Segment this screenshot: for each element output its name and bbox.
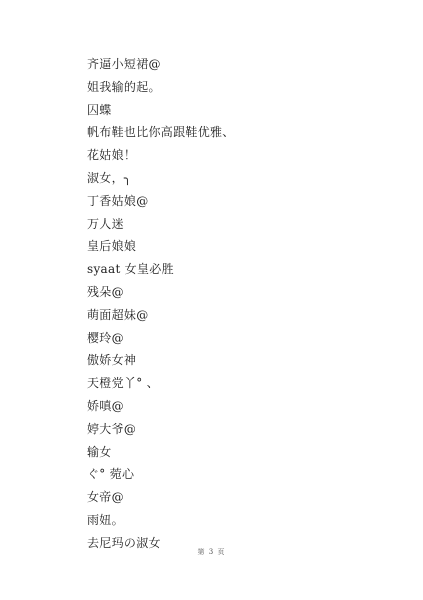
list-item: 天橙党丫° 、	[87, 374, 235, 397]
list-item: 丁香姑娘@	[87, 192, 235, 215]
list-item: 残朵@	[87, 283, 235, 306]
list-item: 帆布鞋也比你高跟鞋优雅、	[87, 123, 235, 146]
page-number: 第 3 页	[0, 547, 423, 557]
document-page: 齐逼小短裙@ 姐我输的起。 囚蝶 帆布鞋也比你高跟鞋优雅、 花姑娘！ 淑女，╮ …	[0, 0, 423, 600]
nickname-list: 齐逼小短裙@ 姐我输的起。 囚蝶 帆布鞋也比你高跟鞋优雅、 花姑娘！ 淑女，╮ …	[87, 55, 235, 557]
list-item: syaat 女皇必胜	[87, 260, 235, 283]
list-item: 雨妞。	[87, 511, 235, 534]
list-item: 傲娇女神	[87, 351, 235, 374]
list-item: 姐我输的起。	[87, 78, 235, 101]
list-item: 樱玲@	[87, 329, 235, 352]
list-item: 萌面超妹@	[87, 306, 235, 329]
list-item: 皇后娘娘	[87, 237, 235, 260]
list-item: ぐ° 菀心	[87, 465, 235, 488]
list-item: 花姑娘！	[87, 146, 235, 169]
list-item: 娇嗔@	[87, 397, 235, 420]
list-item: 齐逼小短裙@	[87, 55, 235, 78]
list-item: 淑女，╮	[87, 169, 235, 192]
list-item: 囚蝶	[87, 101, 235, 124]
list-item: 万人迷	[87, 215, 235, 238]
list-item: 婷大爷@	[87, 420, 235, 443]
list-item: 输女	[87, 443, 235, 466]
list-item: 女帝@	[87, 488, 235, 511]
